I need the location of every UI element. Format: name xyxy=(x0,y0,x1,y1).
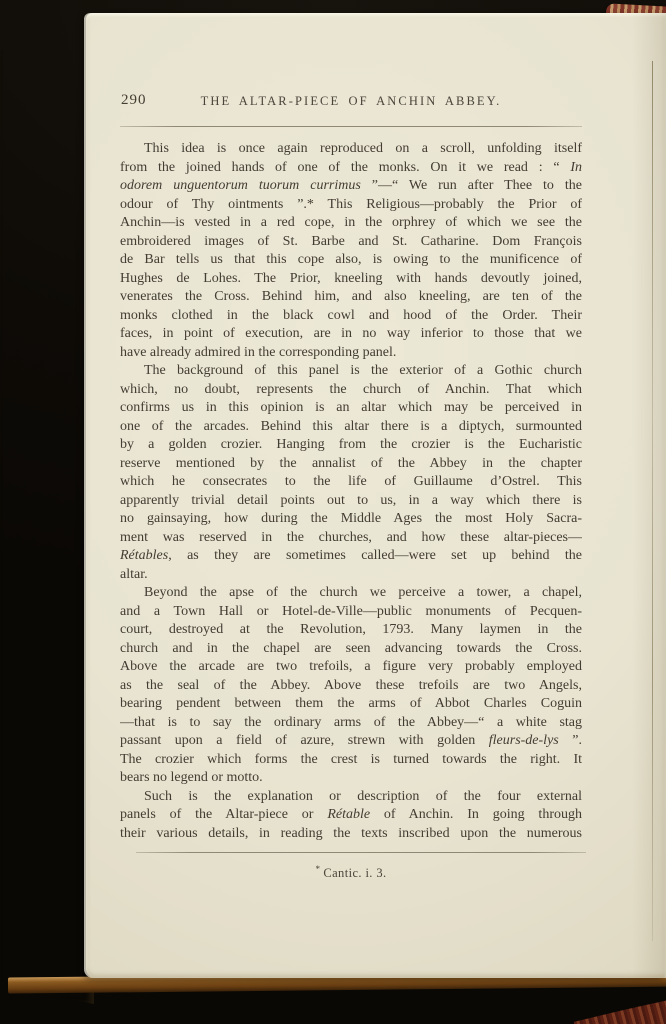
italic-text: Rétables xyxy=(120,548,168,563)
text-line: bearing pendent between them the arms of… xyxy=(120,695,582,714)
body-text: as the seal of the Abbey. Above these tr… xyxy=(120,678,582,693)
gutter-seam xyxy=(652,61,653,941)
body-text: by a golden crozier. Hanging from the cr… xyxy=(120,437,582,452)
body-text: The background of this panel is the exte… xyxy=(144,363,582,378)
text-line: confirms us in this opinion is an altar … xyxy=(120,399,582,418)
body-text: no gainsaying, how during the Middle Age… xyxy=(120,511,582,526)
body-text: of Anchin. In going through xyxy=(370,807,582,822)
body-text: panels of the Altar-piece or xyxy=(120,807,327,822)
text-line: apparently trivial detail points out to … xyxy=(120,492,582,511)
text-line: odorem unguentorum tuorum currimus ”—“ W… xyxy=(120,177,582,196)
body-text: ”—“ We run after Thee to the xyxy=(361,178,582,193)
header-rule xyxy=(120,126,582,127)
book-cover-corner xyxy=(574,998,666,1024)
text-line: passant upon a field of azure, strewn wi… xyxy=(120,732,582,751)
body-text: embroidered images of St. Barbe and St. … xyxy=(120,234,582,249)
body-text: Anchin—is vested in a red cope, in the o… xyxy=(120,215,582,230)
text-line: ment was reserved in the churches, and h… xyxy=(120,529,582,548)
body-text: de Bar tells us that this cope also, is … xyxy=(120,252,582,267)
footnote: *Cantic. i. 3. xyxy=(120,864,582,881)
body-text: church and in the chapel are seen advanc… xyxy=(120,641,582,656)
text-line: Above the arcade are two trefoils, a fig… xyxy=(120,658,582,677)
text-line: which, no doubt, represents the church o… xyxy=(120,381,582,400)
gutter-shadow xyxy=(632,13,666,978)
text-line: This idea is once again reproduced on a … xyxy=(120,140,582,159)
text-line: Rétables, as they are sometimes called—w… xyxy=(120,547,582,566)
body-text: monks clothed in the black cowl and hood… xyxy=(120,308,582,323)
body-text: bears no legend or motto. xyxy=(120,770,263,785)
body-text: apparently trivial detail points out to … xyxy=(120,493,582,508)
text-line: Beyond the apse of the church we perceiv… xyxy=(120,584,582,603)
body-text: bearing pendent between them the arms of… xyxy=(120,696,582,711)
body-text: which, no doubt, represents the church o… xyxy=(120,382,582,397)
body-text: and a Town Hall or Hotel-de-Ville—public… xyxy=(120,604,582,619)
text-line: Anchin—is vested in a red cope, in the o… xyxy=(120,214,582,233)
body-text: court, destroyed at the Revolution, 1793… xyxy=(120,622,582,637)
body-text: faces, in point of execution, are in no … xyxy=(120,326,582,341)
italic-text: odorem unguentorum tuorum currimus xyxy=(120,178,361,193)
text-line: panels of the Altar-piece or Rétable of … xyxy=(120,806,582,825)
italic-text: fleurs-de-lys xyxy=(489,733,559,748)
text-line: one of the arcades. Behind this altar th… xyxy=(120,418,582,437)
page-stack-edges xyxy=(0,8,94,1004)
text-line: faces, in point of execution, are in no … xyxy=(120,325,582,344)
text-line: which he consecrates to the life of Guil… xyxy=(120,473,582,492)
body-text: —that is to say the ordinary arms of the… xyxy=(120,715,582,730)
text-line: reserve mentioned by the annalist of the… xyxy=(120,455,582,474)
body-text: This idea is once again reproduced on a … xyxy=(144,141,582,156)
footnote-marker: * xyxy=(315,864,320,874)
text-line: from the joined hands of one of the monk… xyxy=(120,159,582,178)
body-text: Such is the explanation or description o… xyxy=(144,789,582,804)
text-line: monks clothed in the black cowl and hood… xyxy=(120,307,582,326)
body-text: have already admired in the correspondin… xyxy=(120,345,396,360)
body-text: , as they are sometimes called—were set … xyxy=(168,548,582,563)
body-text: passant upon a field of azure, strewn wi… xyxy=(120,733,489,748)
italic-text: Rétable xyxy=(327,807,370,822)
book-page: 290 THE ALTAR-PIECE OF ANCHIN ABBEY. Thi… xyxy=(86,13,666,978)
body-text: ”. xyxy=(559,733,582,748)
text-line: altar. xyxy=(120,566,582,585)
text-line: venerates the Cross. Behind him, and als… xyxy=(120,288,582,307)
text-line: by a golden crozier. Hanging from the cr… xyxy=(120,436,582,455)
body-text: reserve mentioned by the annalist of the… xyxy=(120,456,582,471)
text-line: odour of Thy ointments ”.* This Religiou… xyxy=(120,196,582,215)
body-text: altar. xyxy=(120,567,148,582)
body-text: odour of Thy ointments ”.* This Religiou… xyxy=(120,197,582,212)
body-text: venerates the Cross. Behind him, and als… xyxy=(120,289,582,304)
text-line: their various details, in reading the te… xyxy=(120,825,582,844)
text-line: The crozier which forms the crest is tur… xyxy=(120,751,582,770)
text-line: and a Town Hall or Hotel-de-Ville—public… xyxy=(120,603,582,622)
body-text: confirms us in this opinion is an altar … xyxy=(120,400,582,415)
text-line: bears no legend or motto. xyxy=(120,769,582,788)
text-line: Such is the explanation or description o… xyxy=(120,788,582,807)
text-line: no gainsaying, how during the Middle Age… xyxy=(120,510,582,529)
footnote-rule xyxy=(136,852,586,853)
italic-text: In xyxy=(570,160,582,175)
photo-background: 290 THE ALTAR-PIECE OF ANCHIN ABBEY. Thi… xyxy=(0,0,666,1024)
text-line: de Bar tells us that this cope also, is … xyxy=(120,251,582,270)
text-line: have already admired in the correspondin… xyxy=(120,344,582,363)
body-text: ment was reserved in the churches, and h… xyxy=(120,530,582,545)
body-text: Above the arcade are two trefoils, a fig… xyxy=(120,659,582,674)
body-text: The crozier which forms the crest is tur… xyxy=(120,752,582,767)
text-line: court, destroyed at the Revolution, 1793… xyxy=(120,621,582,640)
text-line: The background of this panel is the exte… xyxy=(120,362,582,381)
body-text: which he consecrates to the life of Guil… xyxy=(120,474,582,489)
text-line: church and in the chapel are seen advanc… xyxy=(120,640,582,659)
text-line: —that is to say the ordinary arms of the… xyxy=(120,714,582,733)
text-block: This idea is once again reproduced on a … xyxy=(120,140,582,843)
text-line: as the seal of the Abbey. Above these tr… xyxy=(120,677,582,696)
footnote-text: Cantic. i. 3. xyxy=(323,866,386,880)
body-text: one of the arcades. Behind this altar th… xyxy=(120,419,582,434)
body-text: Hughes de Lohes. The Prior, kneeling wit… xyxy=(120,271,582,286)
body-text: Beyond the apse of the church we perceiv… xyxy=(144,585,582,600)
body-text: from the joined hands of one of the monk… xyxy=(120,160,570,175)
text-line: Hughes de Lohes. The Prior, kneeling wit… xyxy=(120,270,582,289)
page-header: 290 THE ALTAR-PIECE OF ANCHIN ABBEY. xyxy=(120,91,582,111)
body-text: their various details, in reading the te… xyxy=(120,826,582,841)
text-line: embroidered images of St. Barbe and St. … xyxy=(120,233,582,252)
running-title: THE ALTAR-PIECE OF ANCHIN ABBEY. xyxy=(120,94,582,109)
